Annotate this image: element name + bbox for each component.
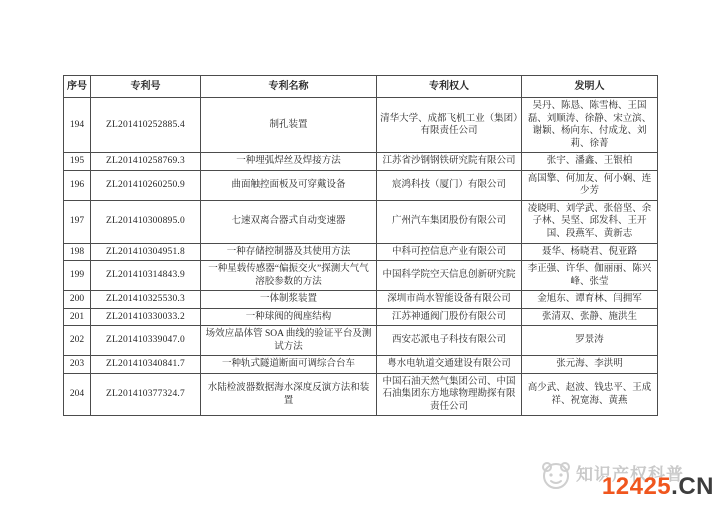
- cell-serial: 195: [64, 153, 91, 171]
- cell-inventors: 张清双、张静、施洪生: [522, 308, 658, 326]
- cell-owner: 中国科学院空天信息创新研究院: [377, 261, 522, 291]
- cell-owner: 中国石油天然气集团公司、中国石油集团东方地球物理勘探有限责任公司: [377, 373, 522, 416]
- cell-patent-no: ZL201410304951.8: [91, 243, 201, 261]
- cell-owner: 粤水电轨道交通建设有限公司: [377, 356, 522, 374]
- cell-patent-no: ZL201410339047.0: [91, 326, 201, 356]
- cell-inventors: 凌晓明、刘学武、张倍坚、余子林、吴坚、邱发科、王开国、段燕军、黄新志: [522, 200, 658, 243]
- document-page: 序号 专利号 专利名称 专利权人 发明人 194 ZL201410252885.…: [0, 0, 720, 509]
- cell-owner: 中科可控信息产业有限公司: [377, 243, 522, 261]
- cell-patent-no: ZL201410340841.7: [91, 356, 201, 374]
- patent-table: 序号 专利号 专利名称 专利权人 发明人 194 ZL201410252885.…: [63, 75, 658, 416]
- cell-name: 一体制浆装置: [201, 291, 377, 309]
- cell-owner: 深圳市尚水智能设备有限公司: [377, 291, 522, 309]
- cell-name: 一种星载传感器“偏振交火”探测大气气溶胶参数的方法: [201, 261, 377, 291]
- site-url: 12425.CN: [602, 473, 714, 501]
- table-row: 199 ZL201410314843.9 一种星载传感器“偏振交火”探测大气气溶…: [64, 261, 658, 291]
- cell-inventors: 李正强、许华、伽丽丽、陈兴峰、张莹: [522, 261, 658, 291]
- table-row: 195 ZL201410258769.3 一种埋弧焊丝及焊接方法 江苏省沙钢钢铁…: [64, 153, 658, 171]
- cell-name: 一种球阀的阀座结构: [201, 308, 377, 326]
- cell-name: 一种轨式隧道断面可调综合台车: [201, 356, 377, 374]
- header-owner: 专利权人: [377, 76, 522, 98]
- header-serial: 序号: [64, 76, 91, 98]
- table-row: 196 ZL201410260250.9 曲面触控面板及可穿戴设备 宸鸿科技（厦…: [64, 170, 658, 200]
- cell-serial: 197: [64, 200, 91, 243]
- cell-patent-no: ZL201410325530.3: [91, 291, 201, 309]
- cell-inventors: 吴丹、陈恳、陈雪梅、王国磊、刘顺涛、徐静、宋立滨、谢颖、杨向东、付成龙、刘莉、徐…: [522, 98, 658, 153]
- cell-serial: 198: [64, 243, 91, 261]
- header-inventors: 发明人: [522, 76, 658, 98]
- table-row: 198 ZL201410304951.8 一种存储控制器及其使用方法 中科可控信…: [64, 243, 658, 261]
- table-row: 202 ZL201410339047.0 场效应晶体管 SOA 曲线的验证平台及…: [64, 326, 658, 356]
- cell-serial: 203: [64, 356, 91, 374]
- cell-serial: 194: [64, 98, 91, 153]
- cell-name: 一种埋弧焊丝及焊接方法: [201, 153, 377, 171]
- table-row: 204 ZL201410377324.7 水陆检波器数据海水深度反演方法和装置 …: [64, 373, 658, 416]
- cell-inventors: 张元海、李洪明: [522, 356, 658, 374]
- cell-inventors: 张宇、潘鑫、王银柏: [522, 153, 658, 171]
- table-row: 197 ZL201410300895.0 七速双离合器式自动变速器 广州汽车集团…: [64, 200, 658, 243]
- cell-serial: 200: [64, 291, 91, 309]
- cell-owner: 宸鸿科技（厦门）有限公司: [377, 170, 522, 200]
- cell-inventors: 高少武、赵波、钱忠平、王成祥、祝宽海、黄燕: [522, 373, 658, 416]
- site-watermark: 知识产权科普 12425.CN: [538, 453, 716, 505]
- cell-owner: 江苏省沙钢钢铁研究院有限公司: [377, 153, 522, 171]
- cell-name: 七速双离合器式自动变速器: [201, 200, 377, 243]
- cell-inventors: 罗景涛: [522, 326, 658, 356]
- cell-patent-no: ZL201410314843.9: [91, 261, 201, 291]
- cell-owner: 清华大学、成都飞机工业（集团）有限责任公司: [377, 98, 522, 153]
- cell-inventors: 高国擎、何加友、何小娴、连少芳: [522, 170, 658, 200]
- cell-name: 制孔装置: [201, 98, 377, 153]
- cell-owner: 广州汽车集团股份有限公司: [377, 200, 522, 243]
- table-row: 200 ZL201410325530.3 一体制浆装置 深圳市尚水智能设备有限公…: [64, 291, 658, 309]
- cell-owner: 江苏神通阀门股份有限公司: [377, 308, 522, 326]
- table-header-row: 序号 专利号 专利名称 专利权人 发明人: [64, 76, 658, 98]
- table-row: 194 ZL201410252885.4 制孔装置 清华大学、成都飞机工业（集团…: [64, 98, 658, 153]
- cell-patent-no: ZL201410260250.9: [91, 170, 201, 200]
- cell-name: 曲面触控面板及可穿戴设备: [201, 170, 377, 200]
- site-url-suffix: .CN: [671, 473, 714, 500]
- cell-owner: 西安芯派电子科技有限公司: [377, 326, 522, 356]
- table-row: 201 ZL201410330033.2 一种球阀的阀座结构 江苏神通阀门股份有…: [64, 308, 658, 326]
- cell-inventors: 聂华、杨晓君、倪亚路: [522, 243, 658, 261]
- cell-inventors: 金旭东、谭育林、闫拥军: [522, 291, 658, 309]
- table-row: 203 ZL201410340841.7 一种轨式隧道断面可调综合台车 粤水电轨…: [64, 356, 658, 374]
- cell-serial: 204: [64, 373, 91, 416]
- cell-serial: 196: [64, 170, 91, 200]
- cell-patent-no: ZL201410252885.4: [91, 98, 201, 153]
- cell-serial: 199: [64, 261, 91, 291]
- header-name: 专利名称: [201, 76, 377, 98]
- cell-patent-no: ZL201410258769.3: [91, 153, 201, 171]
- cell-name: 水陆检波器数据海水深度反演方法和装置: [201, 373, 377, 416]
- site-url-number: 12425: [602, 473, 671, 500]
- cell-patent-no: ZL201410330033.2: [91, 308, 201, 326]
- cell-serial: 202: [64, 326, 91, 356]
- cell-patent-no: ZL201410300895.0: [91, 200, 201, 243]
- mascot-icon: [538, 456, 574, 492]
- cell-name: 一种存储控制器及其使用方法: [201, 243, 377, 261]
- cell-name: 场效应晶体管 SOA 曲线的验证平台及测试方法: [201, 326, 377, 356]
- cell-serial: 201: [64, 308, 91, 326]
- header-patent-no: 专利号: [91, 76, 201, 98]
- cell-patent-no: ZL201410377324.7: [91, 373, 201, 416]
